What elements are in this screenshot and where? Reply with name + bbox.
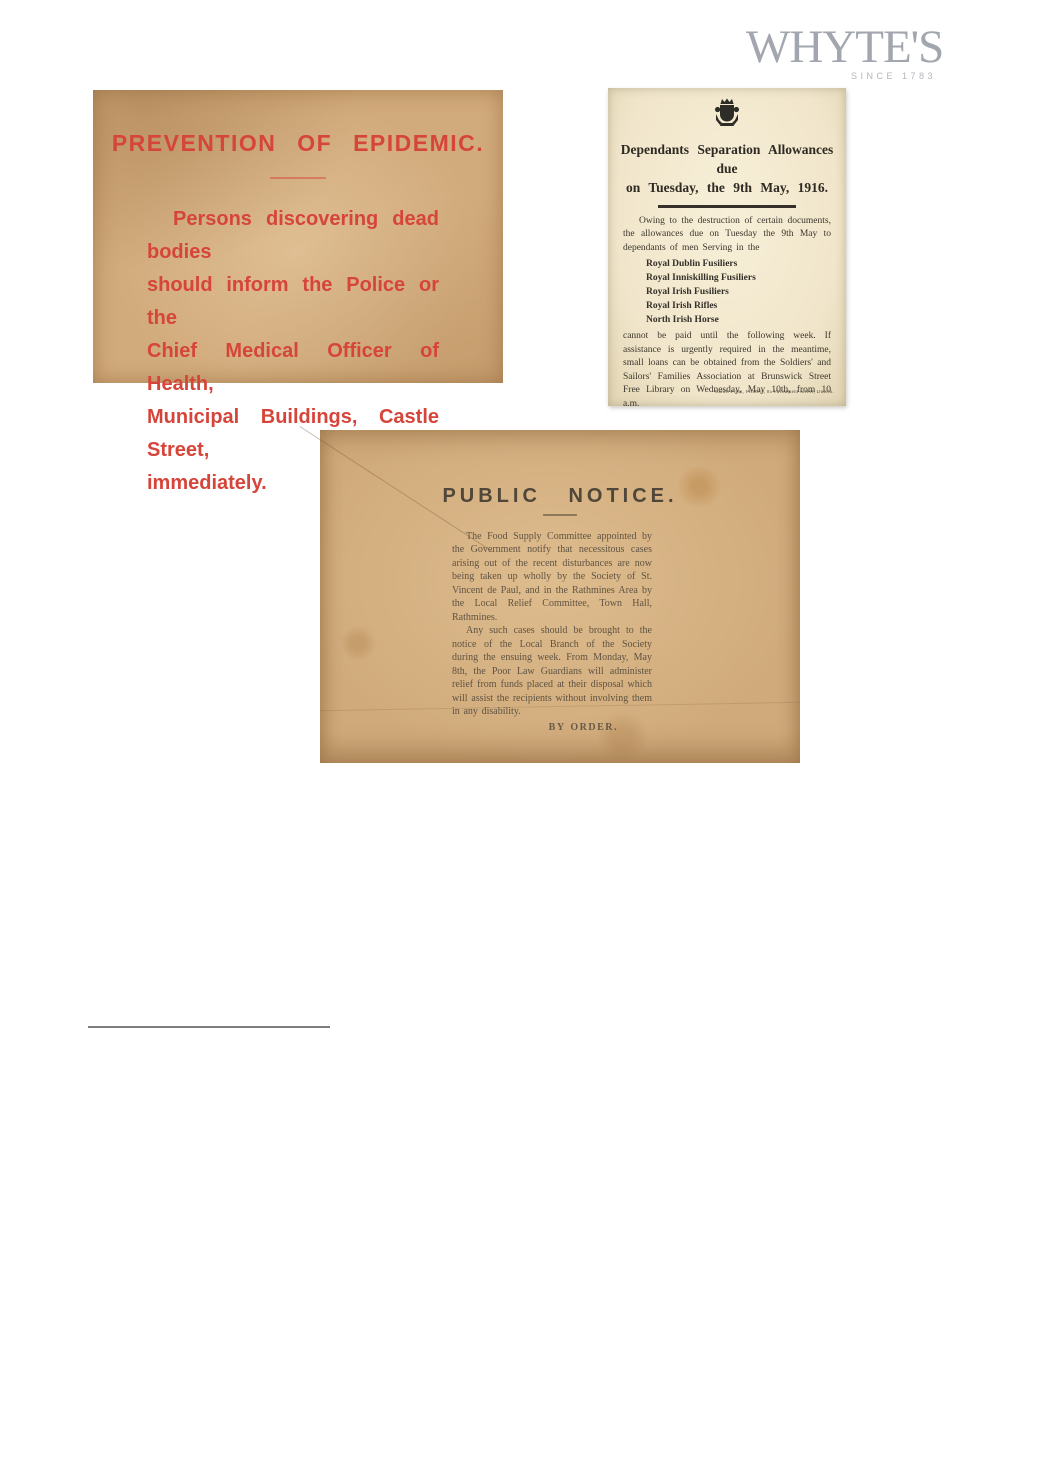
allowances-title-rule (658, 205, 796, 208)
allowances-title-line1: Dependants Separation Allowances due (621, 142, 834, 176)
whytes-logo: WHYTE'S SINCE 1783 (746, 24, 938, 81)
allowances-title-line2: on Tuesday, the 9th May, 1916. (626, 180, 828, 195)
regiment-item: Royal Dublin Fusiliers (646, 257, 846, 271)
epidemic-notice-divider (270, 177, 326, 179)
public-notice-title-rule (543, 514, 577, 516)
whytes-wordmark: WHYTE'S (746, 24, 938, 70)
regiment-item: Royal Irish Fusiliers (646, 285, 846, 299)
allowances-notice-title: Dependants Separation Allowances due on … (608, 140, 846, 197)
epidemic-notice-title: PREVENTION OF EPIDEMIC. (93, 130, 503, 157)
public-notice-scan: PUBLIC NOTICE. The Food Supply Committee… (320, 430, 800, 763)
epidemic-body-line: Persons discovering dead bodies (147, 203, 439, 269)
regiment-list: Royal Dublin Fusiliers Royal Inniskillin… (646, 257, 846, 327)
public-notice-title: PUBLIC NOTICE. (320, 485, 800, 508)
epidemic-notice-scan: PREVENTION OF EPIDEMIC. Persons discover… (93, 90, 503, 383)
allowances-paragraph-2: cannot be paid until the following week.… (623, 330, 831, 411)
epidemic-body-line: Chief Medical Officer of Health, (147, 335, 439, 401)
royal-coat-of-arms-icon (712, 97, 742, 129)
printer-imprint: Cahill Press, Printers, 85 Parliament St… (715, 390, 834, 395)
footnote-rule (88, 1026, 330, 1028)
regiment-item: North Irish Horse (646, 313, 846, 327)
allowances-notice-scan: Dependants Separation Allowances due on … (608, 88, 846, 406)
regiment-item: Royal Irish Rifles (646, 299, 846, 313)
epidemic-body-line: should inform the Police or the (147, 269, 439, 335)
public-notice-paragraph-1: The Food Supply Committee appointed by t… (452, 530, 652, 625)
public-notice-body: The Food Supply Committee appointed by t… (452, 530, 652, 735)
allowances-paragraph-1: Owing to the destruction of certain docu… (623, 215, 831, 256)
public-notice-signoff: BY ORDER. (452, 721, 652, 735)
public-notice-paragraph-2: Any such cases should be brought to the … (452, 624, 652, 719)
regiment-item: Royal Inniskilling Fusiliers (646, 271, 846, 285)
